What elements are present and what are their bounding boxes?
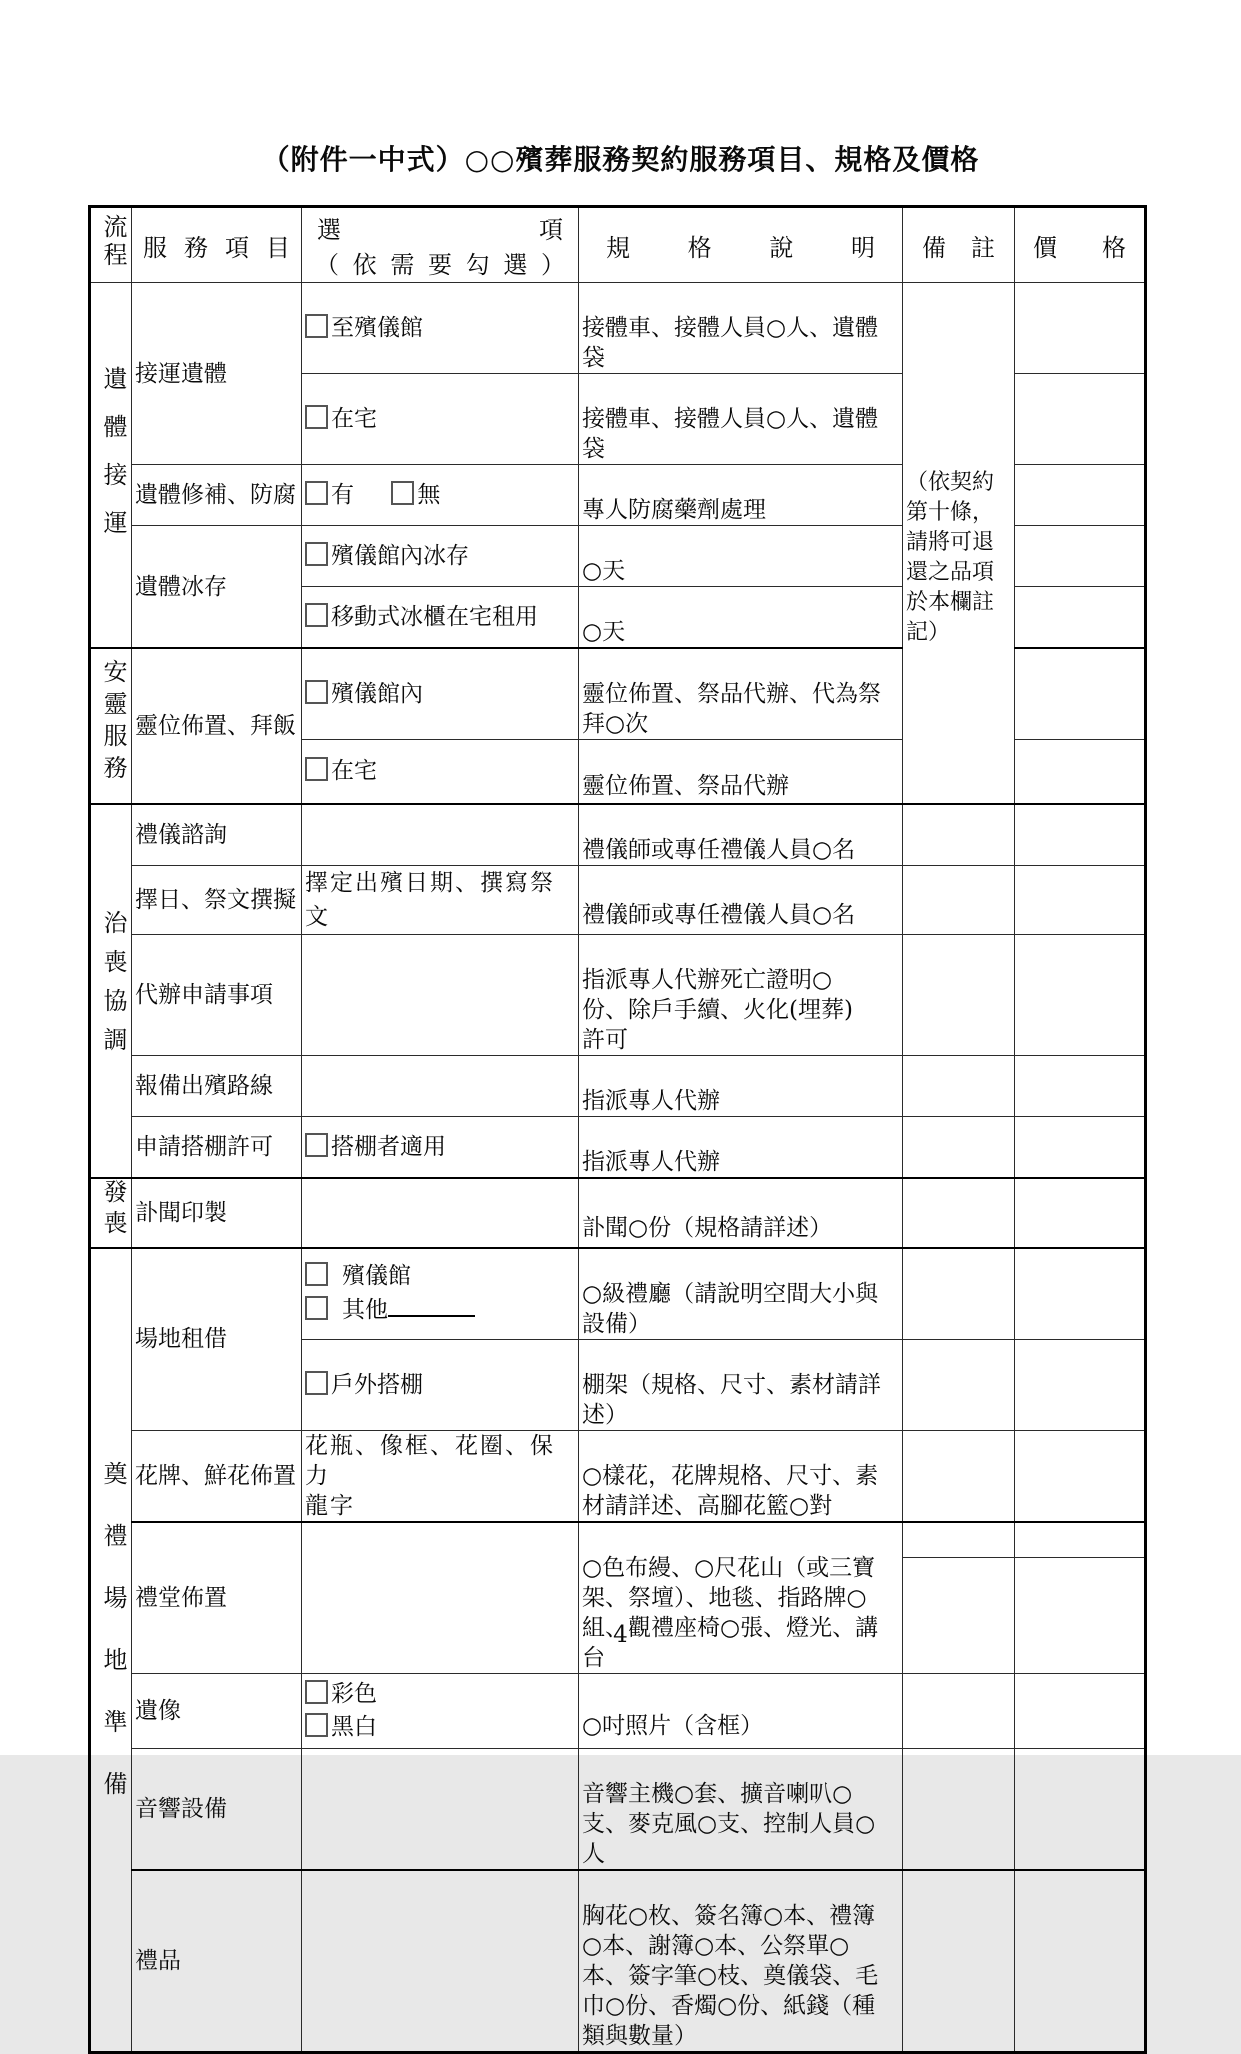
service-cell-pickup: 接運遺體 [132,283,302,465]
service-cell-altar: 靈位佈置、拜飯 [132,648,302,804]
spec-cell-consulting: 禮儀師或專任禮儀人員○名 [579,804,903,866]
option-tent-permit-label: 搭棚者適用 [331,1134,446,1160]
other-fill-blank[interactable] [388,1293,475,1317]
price-cell-altar-morgue [1015,648,1146,740]
option-repair-no-label: 無 [417,482,440,508]
row-route-report: 報備出殯路線 指派專人代辦 [90,1055,1146,1116]
spec-cell-obituary: 訃聞○份（規格請詳述） [579,1178,903,1248]
price-cell-portrait [1015,1673,1146,1748]
header-spec: 規格說明 [579,207,903,283]
spec-route-report-text: 指派專人代辦 [582,1088,720,1114]
spec-venue-rental-a-text: ○級禮廳（請說明空間大小與 設備） [582,1281,878,1337]
option-venue-other-label: 其他 [342,1297,388,1323]
spec-consulting-text: 禮儀師或專任禮儀人員○名 [582,837,855,863]
checkbox-repair-no[interactable] [391,481,414,505]
service-date-select-label: 擇日、祭文撰擬 [135,887,296,913]
option-venue-outdoor-tent-label: 戶外搭棚 [331,1372,423,1398]
spec-freeze-morgue-text: ○天 [582,558,625,584]
option-cell-date-select: 擇定出殯日期、撰寫祭文 [302,865,579,934]
process-altar-label: 安靈服務 [94,659,132,787]
service-audio-label: 音響設備 [135,1796,227,1822]
header-option-note: （依需要勾選） [305,245,575,282]
spec-hall-setup-text: ○色布縵、○尺花山（或三寶 架、祭壇）、地毯、指路牌○ 組、觀禮座椅○張、燈光、… [582,1555,878,1671]
document-title: （附件一中式）○○殯葬服務契約服務項目、規格及價格 [0,138,1241,178]
process-coordination-label: 治喪協調 [94,910,132,1066]
option-cell-flowers: 花瓶、像框、花圈、保力 龍字 [302,1430,579,1522]
checkbox-venue-morgue[interactable] [305,1262,328,1286]
header-service: 服務項目 [132,207,302,283]
option-cell-venue-rental-a: 殯儀館 其他 [302,1248,579,1340]
service-cell-hall-setup: 禮堂佈置 [132,1522,302,1674]
price-cell-altar-home [1015,740,1146,804]
header-process: 流程 [90,207,132,283]
header-process-label: 流程 [94,214,132,270]
service-gifts-label: 禮品 [135,1948,181,1974]
row-flowers: 花牌、鮮花佈置 花瓶、像框、花圈、保力 龍字 ○樣花，花牌規格、尺寸、素 材請詳… [90,1430,1146,1522]
option-cell-consulting [302,804,579,866]
option-freeze-morgue-label: 殯儀館內冰存 [331,543,469,569]
service-cell-repair: 遺體修補、防腐 [132,465,302,526]
spec-portrait-text: ○吋照片（含框） [582,1713,763,1739]
spec-pickup-morgue-text: 接體車、接體人員○人、遺體 袋 [582,315,878,371]
spec-cell-repair: 專人防腐藥劑處理 [579,465,903,526]
process-section-announce: 發喪 [90,1178,132,1248]
header-option-title: 選項 [305,208,575,245]
row-tent-permit: 申請搭棚許可 搭棚者適用 指派專人代辦 [90,1116,1146,1178]
note-cell-gifts [903,1870,1015,2053]
note-cell-audio [903,1748,1015,1870]
price-cell-repair [1015,465,1146,526]
service-freeze-label: 遺體冰存 [135,574,227,600]
row-venue-rental-a: 奠禮場地準備 場地租借 殯儀館 其他 ○級禮廳（請說明空間大小與 設備） [90,1248,1146,1340]
spec-applications-text: 指派專人代辦死亡證明○ 份、除戶手續、火化(埋葬) 許可 [582,967,853,1053]
header-price-label: 價格 [1018,228,1141,263]
header-note: 備註 [903,207,1015,283]
service-cell-obituary: 訃聞印製 [132,1178,302,1248]
checkbox-pickup-home[interactable] [305,405,328,429]
header-spec-label: 規格說明 [582,228,899,263]
option-cell-freeze-home: 移動式冰櫃在宅租用 [302,587,579,649]
row-gifts: 禮品 胸花○枚、簽名簿○本、禮簿 ○本、謝簿○本、公祭單○ 本、簽字筆○枝、奠儀… [90,1870,1146,2053]
service-cell-applications: 代辦申請事項 [132,934,302,1055]
document-page: （附件一中式）○○殯葬服務契約服務項目、規格及價格 流程 服務項目 選項 （依需… [0,0,1241,1755]
row-pickup-morgue: 遺體接運 接運遺體 至殯儀館 接體車、接體人員○人、遺體 袋 （依契約 第十條，… [90,283,1146,374]
note-cell-merged: （依契約 第十條， 請將可退 還之品項 於本欄註 記） [903,283,1015,804]
spec-cell-applications: 指派專人代辦死亡證明○ 份、除戶手續、火化(埋葬) 許可 [579,934,903,1055]
spec-cell-tent-permit: 指派專人代辦 [579,1116,903,1178]
spec-cell-route-report: 指派專人代辦 [579,1055,903,1116]
service-pickup-label: 接運遺體 [135,361,227,387]
option-cell-repair: 有 無 [302,465,579,526]
service-cell-gifts: 禮品 [132,1870,302,2053]
header-note-label: 備註 [906,228,1011,263]
header-price: 價格 [1015,207,1146,283]
checkbox-venue-other[interactable] [305,1296,328,1320]
price-cell-flowers [1015,1430,1146,1522]
note-cell-venue-rental-a [903,1248,1015,1340]
option-venue-morgue-label: 殯儀館 [342,1263,411,1289]
option-date-select-text: 擇定出殯日期、撰寫祭文 [305,870,555,930]
spec-venue-rental-b-text: 棚架（規格、尺寸、素材請詳 述） [582,1372,881,1428]
checkbox-repair-yes[interactable] [305,481,328,505]
service-cell-date-select: 擇日、祭文撰擬 [132,865,302,934]
service-cell-portrait: 遺像 [132,1673,302,1748]
spec-freeze-home-text: ○天 [582,619,625,645]
note-cell-venue-rental-b [903,1339,1015,1430]
price-cell-obituary [1015,1178,1146,1248]
service-cell-consulting: 禮儀諮詢 [132,804,302,866]
price-cell-date-select [1015,865,1146,934]
note-cell-applications [903,934,1015,1055]
option-pickup-home-label: 在宅 [331,406,377,432]
row-consulting: 治喪協調 禮儀諮詢 禮儀師或專任禮儀人員○名 [90,804,1146,866]
process-section-venue: 奠禮場地準備 [90,1248,132,2053]
checkbox-pickup-morgue[interactable] [305,314,328,338]
service-cell-route-report: 報備出殯路線 [132,1055,302,1116]
process-section-coordination: 治喪協調 [90,804,132,1178]
header-service-label: 服務項目 [135,228,298,263]
option-cell-freeze-morgue: 殯儀館內冰存 [302,526,579,587]
service-altar-label: 靈位佈置、拜飯 [135,713,296,739]
service-applications-label: 代辦申請事項 [135,982,273,1008]
table-header-row: 流程 服務項目 選項 （依需要勾選） 規格說明 備註 價格 [90,207,1146,283]
service-cell-flowers: 花牌、鮮花佈置 [132,1430,302,1522]
checkbox-portrait-bw[interactable] [305,1713,328,1737]
checkbox-tent-permit[interactable] [305,1133,328,1157]
option-cell-venue-rental-b: 戶外搭棚 [302,1339,579,1430]
spec-cell-freeze-morgue: ○天 [579,526,903,587]
option-cell-tent-permit: 搭棚者適用 [302,1116,579,1178]
price-cell-route-report [1015,1055,1146,1116]
row-hall-setup-upper: 禮堂佈置 ○色布縵、○尺花山（或三寶 架、祭壇）、地毯、指路牌○ 組、觀禮座椅○… [90,1522,1146,1558]
row-audio: 音響設備 音響主機○套、擴音喇叭○ 支、麥克風○支、控制人員○ 人 [90,1748,1146,1870]
option-portrait-color-label: 彩色 [331,1681,377,1707]
option-cell-gifts [302,1870,579,2053]
process-section-altar: 安靈服務 [90,648,132,804]
option-altar-morgue-label: 殯儀館內 [331,681,423,707]
spec-cell-flowers: ○樣花，花牌規格、尺寸、素 材請詳述、高腳花籃○對 [579,1430,903,1522]
option-cell-pickup-morgue: 至殯儀館 [302,283,579,374]
service-consulting-label: 禮儀諮詢 [135,822,227,848]
page-number: 4 [0,1622,1241,1648]
price-cell-freeze-morgue [1015,526,1146,587]
service-repair-label: 遺體修補、防腐 [135,482,296,508]
service-cell-audio: 音響設備 [132,1748,302,1870]
option-portrait-bw-label: 黑白 [331,1714,377,1740]
spec-repair-text: 專人防腐藥劑處理 [582,497,766,523]
service-portrait-label: 遺像 [135,1698,181,1724]
service-venue-rental-label: 場地租借 [135,1326,227,1352]
process-transport-label: 遺體接運 [94,366,132,558]
spec-pickup-home-text: 接體車、接體人員○人、遺體 袋 [582,406,878,462]
option-cell-altar-morgue: 殯儀館內 [302,648,579,740]
note-cell-portrait [903,1673,1015,1748]
option-cell-hall-setup [302,1522,579,1674]
note-cell-flowers [903,1430,1015,1522]
service-cell-tent-permit: 申請搭棚許可 [132,1116,302,1178]
option-cell-audio [302,1748,579,1870]
option-cell-route-report [302,1055,579,1116]
note-merged-text: （依契約 第十條， 請將可退 還之品項 於本欄註 記） [906,470,994,645]
note-cell-date-select [903,865,1015,934]
service-tent-permit-label: 申請搭棚許可 [135,1134,273,1160]
price-cell-venue-rental-b [1015,1339,1146,1430]
spec-audio-text: 音響主機○套、擴音喇叭○ 支、麥克風○支、控制人員○ 人 [582,1781,875,1867]
spec-altar-morgue-text: 靈位佈置、祭品代辦、代為祭 拜○次 [582,681,881,737]
price-cell-gifts [1015,1870,1146,2053]
option-freeze-home-label: 移動式冰櫃在宅租用 [331,604,538,630]
spec-cell-venue-rental-b: 棚架（規格、尺寸、素材請詳 述） [579,1339,903,1430]
service-items-table: 流程 服務項目 選項 （依需要勾選） 規格說明 備註 價格 遺體接運 [88,205,1147,2054]
option-altar-home-label: 在宅 [331,758,377,784]
checkbox-portrait-color[interactable] [305,1680,328,1704]
spec-cell-altar-morgue: 靈位佈置、祭品代辦、代為祭 拜○次 [579,648,903,740]
process-section-transport: 遺體接運 [90,283,132,649]
note-cell-tent-permit [903,1116,1015,1178]
spec-cell-date-select: 禮儀師或專任禮儀人員○名 [579,865,903,934]
spec-cell-freeze-home: ○天 [579,587,903,649]
spec-cell-hall-setup: ○色布縵、○尺花山（或三寶 架、祭壇）、地毯、指路牌○ 組、觀禮座椅○張、燈光、… [579,1522,903,1674]
process-announce-label: 發喪 [94,1179,132,1241]
checkbox-freeze-morgue[interactable] [305,542,328,566]
spec-date-select-text: 禮儀師或專任禮儀人員○名 [582,902,855,928]
spec-gifts-text: 胸花○枚、簽名簿○本、禮簿 ○本、謝簿○本、公祭單○ 本、簽字筆○枝、奠儀袋、毛… [582,1903,878,2049]
price-cell-hall-setup-lower [1015,1558,1146,1673]
spec-altar-home-text: 靈位佈置、祭品代辦 [582,773,789,799]
row-applications: 代辦申請事項 指派專人代辦死亡證明○ 份、除戶手續、火化(埋葬) 許可 [90,934,1146,1055]
checkbox-venue-outdoor-tent[interactable] [305,1371,328,1395]
option-cell-applications [302,934,579,1055]
spec-cell-audio: 音響主機○套、擴音喇叭○ 支、麥克風○支、控制人員○ 人 [579,1748,903,1870]
service-cell-venue-rental: 場地租借 [132,1248,302,1431]
note-cell-hall-setup-upper [903,1522,1015,1558]
service-hall-setup-label: 禮堂佈置 [135,1585,227,1611]
price-cell-venue-rental-a [1015,1248,1146,1340]
price-cell-tent-permit [1015,1116,1146,1178]
price-cell-pickup-home [1015,374,1146,465]
option-cell-pickup-home: 在宅 [302,374,579,465]
checkbox-altar-morgue[interactable] [305,680,328,704]
price-cell-audio [1015,1748,1146,1870]
option-flowers-text: 花瓶、像框、花圈、保力 龍字 [305,1433,555,1519]
row-date-select: 擇日、祭文撰擬 擇定出殯日期、撰寫祭文 禮儀師或專任禮儀人員○名 [90,865,1146,934]
spec-cell-pickup-morgue: 接體車、接體人員○人、遺體 袋 [579,283,903,374]
note-cell-hall-setup-lower [903,1558,1015,1673]
spec-obituary-text: 訃聞○份（規格請詳述） [582,1215,832,1241]
service-obituary-label: 訃聞印製 [135,1200,227,1226]
option-cell-altar-home: 在宅 [302,740,579,804]
spec-cell-portrait: ○吋照片（含框） [579,1673,903,1748]
service-route-report-label: 報備出殯路線 [135,1073,273,1099]
checkbox-altar-home[interactable] [305,757,328,781]
spec-cell-gifts: 胸花○枚、簽名簿○本、禮簿 ○本、謝簿○本、公祭單○ 本、簽字筆○枝、奠儀袋、毛… [579,1870,903,2053]
option-cell-portrait: 彩色 黑白 [302,1673,579,1748]
row-obituary: 發喪 訃聞印製 訃聞○份（規格請詳述） [90,1178,1146,1248]
option-pickup-morgue-label: 至殯儀館 [331,315,423,341]
spec-cell-pickup-home: 接體車、接體人員○人、遺體 袋 [579,374,903,465]
note-cell-obituary [903,1178,1015,1248]
header-option: 選項 （依需要勾選） [302,207,579,283]
price-cell-hall-setup-upper [1015,1522,1146,1558]
price-cell-applications [1015,934,1146,1055]
spec-flowers-text: ○樣花，花牌規格、尺寸、素 材請詳述、高腳花籃○對 [582,1463,878,1519]
option-repair-yes-label: 有 [331,482,354,508]
spec-cell-altar-home: 靈位佈置、祭品代辦 [579,740,903,804]
row-portrait: 遺像 彩色 黑白 ○吋照片（含框） [90,1673,1146,1748]
price-cell-consulting [1015,804,1146,866]
price-cell-pickup-morgue [1015,283,1146,374]
spec-cell-venue-rental-a: ○級禮廳（請說明空間大小與 設備） [579,1248,903,1340]
note-cell-consulting [903,804,1015,866]
price-cell-freeze-home [1015,587,1146,649]
spec-tent-permit-text: 指派專人代辦 [582,1149,720,1175]
service-cell-freeze: 遺體冰存 [132,526,302,649]
note-cell-route-report [903,1055,1015,1116]
checkbox-freeze-home[interactable] [305,603,328,627]
service-flowers-label: 花牌、鮮花佈置 [135,1463,296,1489]
option-cell-obituary [302,1178,579,1248]
